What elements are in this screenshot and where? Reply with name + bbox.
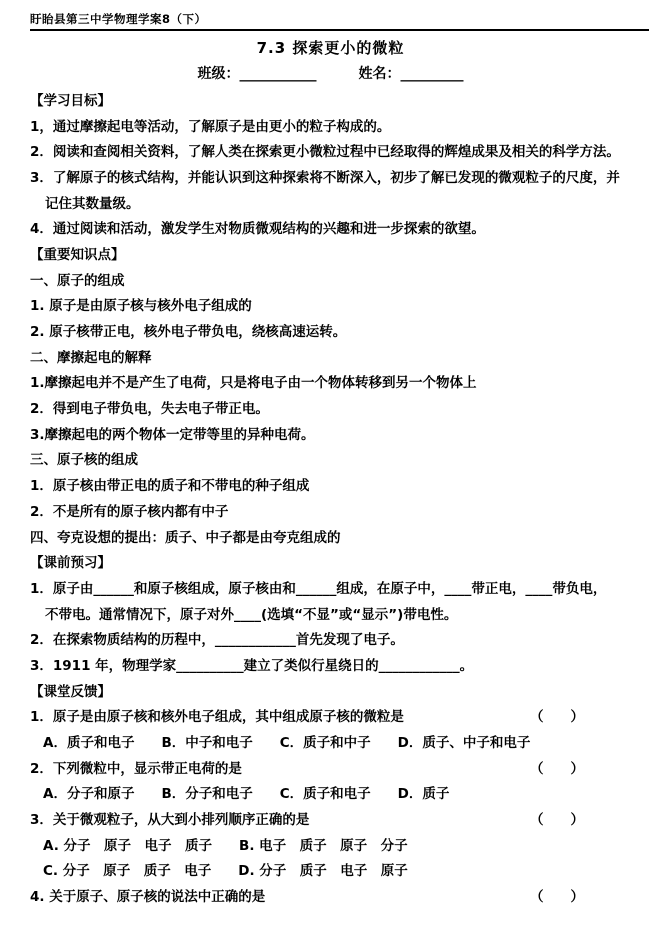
name-label: 姓名： — [359, 66, 401, 82]
worksheet-page: 盱眙县第三中学物理学案8（下） 7.3 探索更小的微粒 班级：_________… — [0, 0, 661, 936]
feedback-heading: 【课堂反馈】 — [30, 677, 652, 703]
feedback-q2-stem-line: 2．下列微粒中，显示带正电荷的是 （ ） — [30, 754, 652, 780]
page-title: 7.3 探索更小的微粒 — [0, 37, 661, 58]
feedback-q4-stem: 4. 关于原子、原子核的说法中正确的是 — [30, 885, 265, 905]
header-rule — [30, 29, 649, 31]
page-header: 盱眙县第三中学物理学案8（下） — [30, 11, 207, 27]
key-points-part2-title: 二、摩擦起电的解释 — [30, 343, 652, 369]
key-points-part1-item-1: 1. 原子是由原子核与核外电子组成的 — [30, 292, 652, 318]
objective-item-1: 1，通过摩擦起电等活动，了解原子是由更小的粒子构成的。 — [30, 112, 652, 138]
feedback-q2-answer-paren: （ ） — [530, 754, 584, 780]
key-points-heading: 【重要知识点】 — [30, 240, 652, 266]
key-points-part1-title: 一、原子的组成 — [30, 266, 652, 292]
class-label: 班级： — [198, 66, 240, 82]
objective-item-2: 2．阅读和查阅相关资料，了解人类在探索更小微粒过程中已经取得的辉煌成果及相关的科… — [30, 137, 652, 163]
class-blank: ___________ — [240, 66, 317, 82]
key-points-part2-item-2: 2．得到电子带负电，失去电子带正电。 — [30, 394, 652, 420]
feedback-q2-options: A．分子和原子 B．分子和电子 C．质子和电子 D．质子 — [30, 780, 652, 806]
feedback-q1-stem: 1．原子是由原子核和核外电子组成，其中组成原子核的微粒是 — [30, 705, 404, 725]
key-points-part3-item-2: 2．不是所有的原子核内都有中子 — [30, 497, 652, 523]
objective-item-4: 4．通过阅读和活动，激发学生对物质微观结构的兴趣和进一步探索的欲望。 — [30, 214, 652, 240]
feedback-q3-answer-paren: （ ） — [530, 805, 584, 831]
preview-q3: 3．1911 年，物理学家__________建立了类似行星绕日的_______… — [30, 651, 652, 677]
feedback-q3-stem: 3．关于微观粒子，从大到小排列顺序正确的是 — [30, 808, 309, 828]
feedback-q3-options-row2: C. 分子 原子 质子 电子 D. 分子 质子 电子 原子 — [30, 857, 652, 883]
preview-heading: 【课前预习】 — [30, 548, 652, 574]
key-points-part4-title: 四、夸克设想的提出：质子、中子都是由夸克组成的 — [30, 523, 652, 549]
feedback-q4-answer-paren: （ ） — [530, 882, 584, 908]
feedback-q1-stem-line: 1．原子是由原子核和核外电子组成，其中组成原子核的微粒是 （ ） — [30, 703, 652, 729]
key-points-part1-item-2: 2. 原子核带正电，核外电子带负电，绕核高速运转。 — [30, 317, 652, 343]
feedback-q4-stem-line: 4. 关于原子、原子核的说法中正确的是 （ ） — [30, 882, 652, 908]
feedback-q1-answer-paren: （ ） — [530, 703, 584, 729]
objective-item-3: 3．了解原子的核式结构，并能认识到这种探索将不断深入，初步了解已发现的微观粒子的… — [30, 163, 652, 189]
preview-q1-line1: 1．原子由______和原子核组成，原子核由和______组成，在原子中，___… — [30, 574, 652, 600]
student-info-line: 班级：___________姓名：_________ — [0, 63, 661, 83]
name-blank: _________ — [401, 66, 464, 82]
objectives-heading: 【学习目标】 — [30, 86, 652, 112]
preview-q2: 2．在探索物质结构的历程中，____________首先发现了电子。 — [30, 625, 652, 651]
feedback-q3-stem-line: 3．关于微观粒子，从大到小排列顺序正确的是 （ ） — [30, 805, 652, 831]
feedback-q1-options: A．质子和电子 B．中子和电子 C．质子和中子 D．质子、中子和电子 — [30, 728, 652, 754]
preview-q1-line2: 不带电。通常情况下，原子对外____(选填“不显”或“显示”)带电性。 — [30, 600, 652, 626]
feedback-q2-stem: 2．下列微粒中，显示带正电荷的是 — [30, 757, 242, 777]
objective-item-3-cont: 记住其数量级。 — [30, 189, 652, 215]
worksheet-body: 【学习目标】 1，通过摩擦起电等活动，了解原子是由更小的粒子构成的。 2．阅读和… — [30, 86, 652, 908]
key-points-part3-item-1: 1．原子核由带正电的质子和不带电的种子组成 — [30, 471, 652, 497]
key-points-part2-item-3: 3.摩擦起电的两个物体一定带等里的异种电荷。 — [30, 420, 652, 446]
key-points-part2-item-1: 1.摩擦起电并不是产生了电荷，只是将电子由一个物体转移到另一个物体上 — [30, 369, 652, 395]
feedback-q3-options-row1: A. 分子 原子 电子 质子 B. 电子 质子 原子 分子 — [30, 831, 652, 857]
key-points-part3-title: 三、原子核的组成 — [30, 446, 652, 472]
